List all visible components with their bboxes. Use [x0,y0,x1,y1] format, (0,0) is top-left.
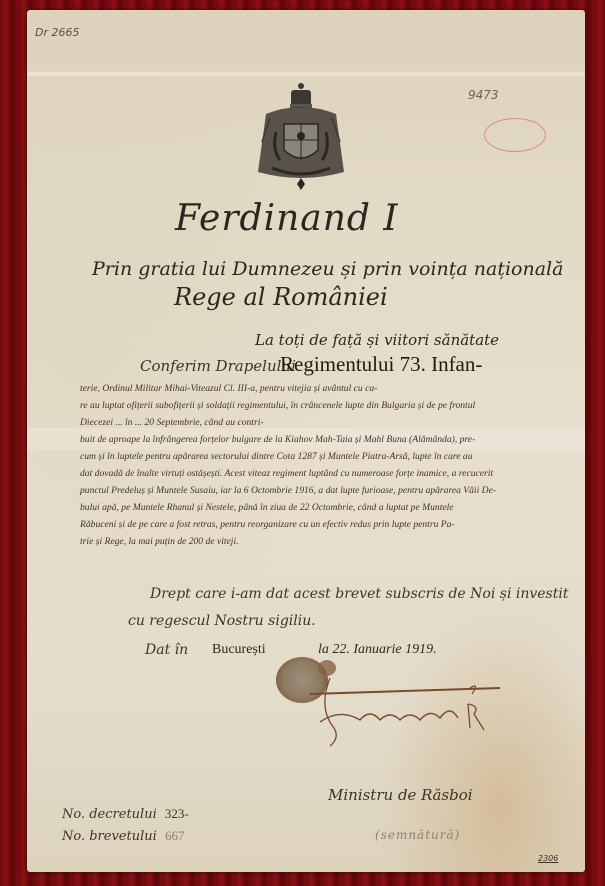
decree-number-label: No. decretului [62,807,157,822]
archive-number: Dr 2665 [35,26,79,39]
document-title: Ferdinand I [175,198,399,239]
romanian-royal-coat-of-arms-icon [248,80,354,192]
minister-title: Ministru de Răsboi [328,786,473,804]
salutation: La toți de față și viitori sănătate [255,331,499,349]
citation-line: Răbuceni și de pe care a fost retras, pe… [80,516,555,533]
brevet-number: No. brevetului 667 [62,828,184,844]
citation-line: buit de aproape la înfrângerea forțelor … [80,431,555,448]
citation-line: Diecezei ... în ... 20 Septembrie, când … [80,414,555,431]
royal-title: Rege al României [174,283,388,311]
seal-formula: cu regescul Nostru sigiliu. [128,613,316,629]
citation-line: punctul Predeluș și Muntele Susaiu, iar … [80,482,555,499]
brevet-number-label: No. brevetului [62,829,157,844]
decree-number-value: 323- [165,806,189,821]
decree-number: No. decretului 323- [62,806,189,822]
page-reference: 2306 [538,854,558,863]
citation-line: bului apă, pe Muntele Rhanul și Nestele,… [80,499,555,516]
citation-line: re au luptat ofițerii subofițerii și sol… [80,397,555,414]
regiment-name: Regimentului 73. Infan- [280,352,482,377]
given-at-label: Dat în [145,642,188,658]
brevet-number-value: 667 [165,828,185,843]
citation-line: terie, Ordinul Militar Mihai-Viteazul Cl… [80,380,555,397]
king-signature-icon [300,668,520,748]
citation-text: terie, Ordinul Militar Mihai-Viteazul Cl… [80,380,555,550]
citation-line: trie și Rege, la mai puțin de 200 de vit… [80,533,555,550]
citation-line: cum și în luptele pentru apărarea sector… [80,448,555,465]
place-of-issue: București [212,642,266,658]
archive-stamp [484,118,546,152]
closing-formula: Drept care i-am dat acest brevet subscri… [150,586,568,602]
date-of-issue: la 22. Ianuarie 1919. [318,642,437,658]
citation-line: dat dovadă de înalte virtuți ostășești. … [80,465,555,482]
inventory-number: 9473 [468,88,499,102]
grant-intro: Conferim Drapelului [140,357,296,375]
royal-formula: Prin gratia lui Dumnezeu și prin voința … [92,258,563,280]
paper-fold [27,72,585,76]
minister-signature: (semnătură) [375,828,460,842]
